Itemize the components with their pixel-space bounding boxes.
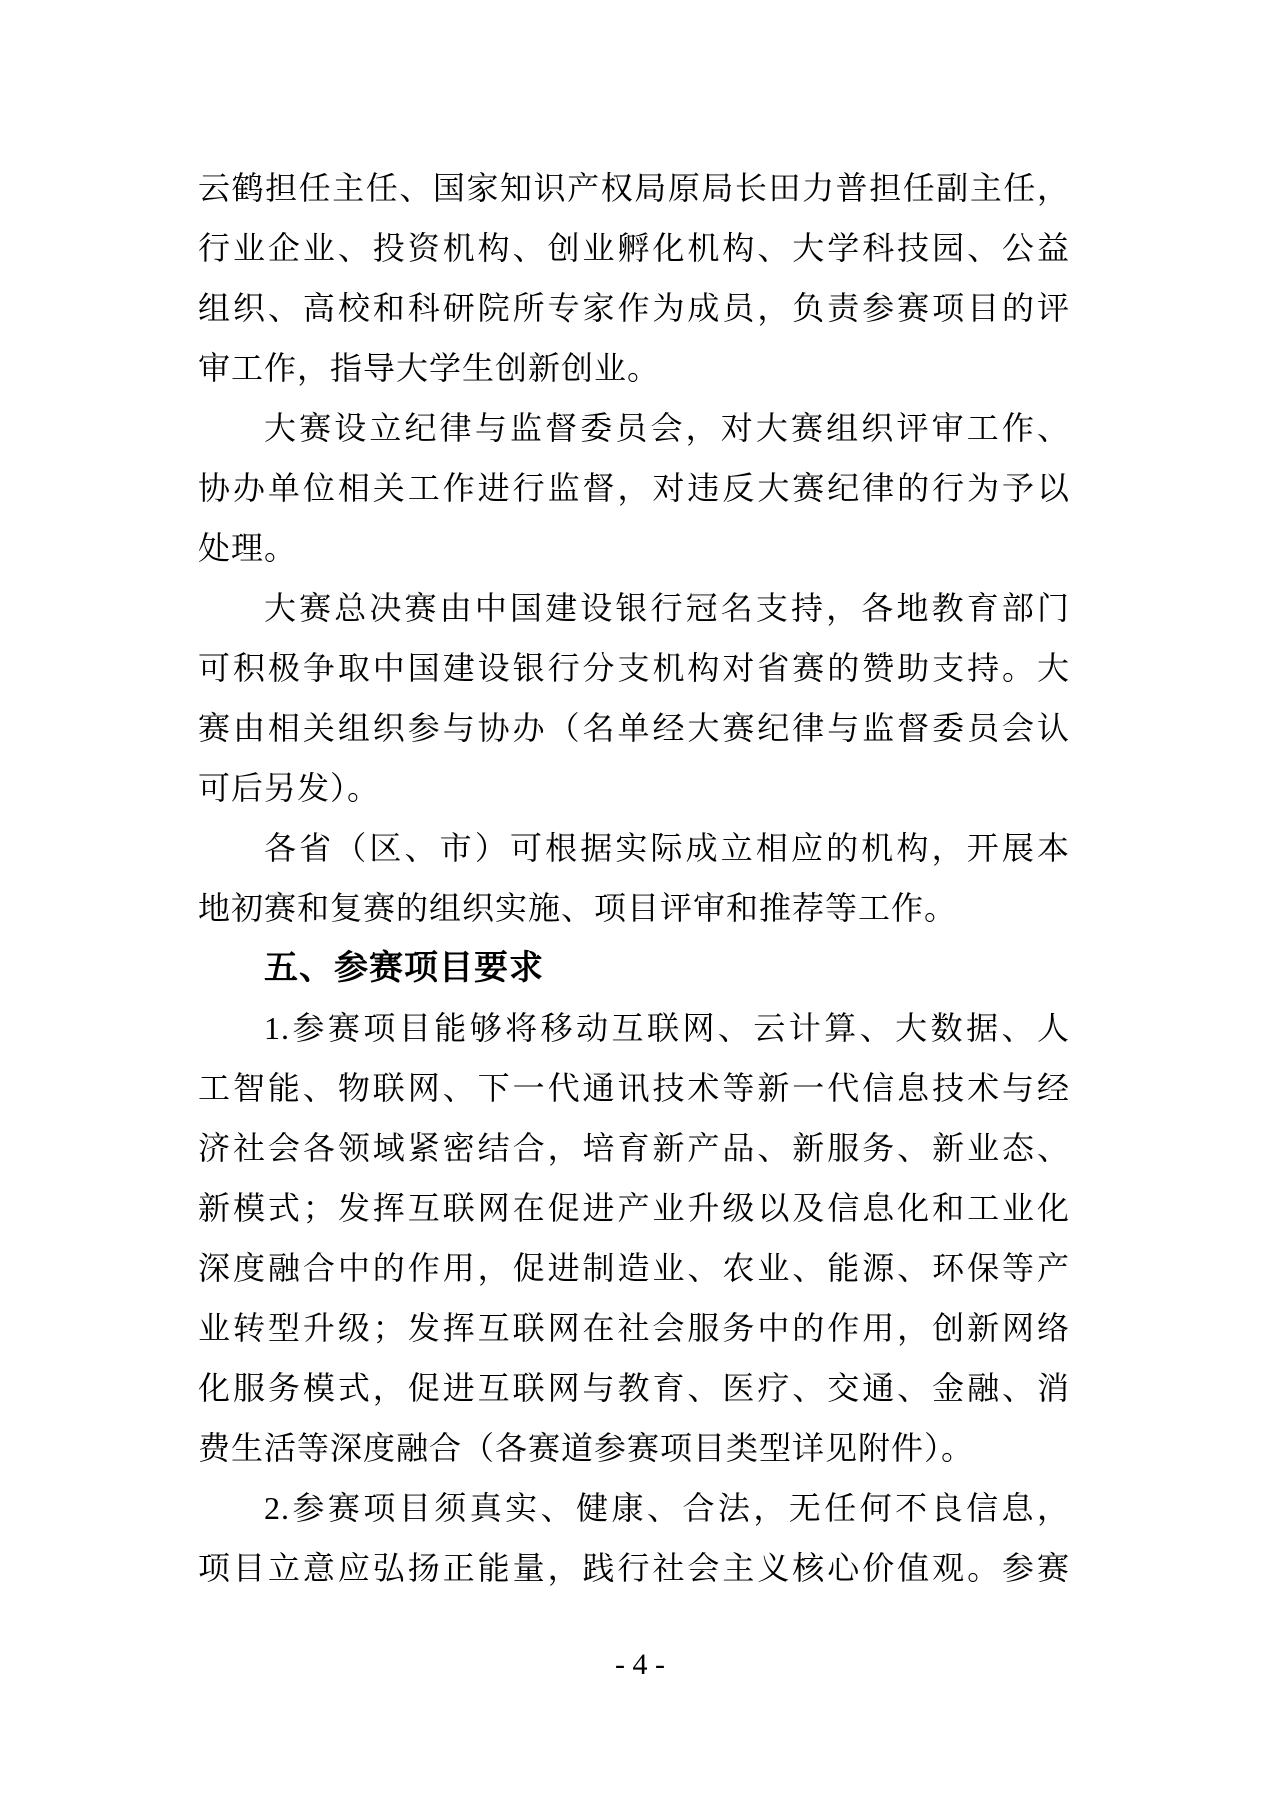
text-line: 审工作，指导大学生创新创业。 xyxy=(198,338,1070,398)
text-line: 1.参赛项目能够将移动互联网、云计算、大数据、人 xyxy=(198,998,1070,1058)
text-line: 大赛总决赛由中国建设银行冠名支持，各地教育部门 xyxy=(198,578,1070,638)
text-line: 工智能、物联网、下一代通讯技术等新一代信息技术与经 xyxy=(198,1058,1070,1118)
text-line: 可后另发）。 xyxy=(198,758,1070,818)
text-line: 各省（区、市）可根据实际成立相应的机构，开展本 xyxy=(198,818,1070,878)
text-line: 大赛设立纪律与监督委员会，对大赛组织评审工作、 xyxy=(198,398,1070,458)
text-line: 深度融合中的作用，促进制造业、农业、能源、环保等产 xyxy=(198,1238,1070,1298)
text-line: 组织、高校和科研院所专家作为成员，负责参赛项目的评 xyxy=(198,278,1070,338)
document-page: 云鹤担任主任、国家知识产权局原局长田力普担任副主任， 行业企业、投资机构、创业孵… xyxy=(0,0,1280,1810)
text-line: 新模式；发挥互联网在促进产业升级以及信息化和工业化 xyxy=(198,1178,1070,1238)
text-line: 可积极争取中国建设银行分支机构对省赛的赞助支持。大 xyxy=(198,638,1070,698)
text-line: 费生活等深度融合（各赛道参赛项目类型详见附件）。 xyxy=(198,1418,1070,1478)
page-number: - 4 - xyxy=(0,1648,1280,1682)
text-line: 行业企业、投资机构、创业孵化机构、大学科技园、公益 xyxy=(198,218,1070,278)
section-heading: 五、参赛项目要求 xyxy=(198,938,1070,998)
text-block: 云鹤担任主任、国家知识产权局原局长田力普担任副主任， 行业企业、投资机构、创业孵… xyxy=(198,158,1070,1598)
text-line: 项目立意应弘扬正能量，践行社会主义核心价值观。参赛 xyxy=(198,1538,1070,1598)
text-line: 济社会各领域紧密结合，培育新产品、新服务、新业态、 xyxy=(198,1118,1070,1178)
text-line: 赛由相关组织参与协办（名单经大赛纪律与监督委员会认 xyxy=(198,698,1070,758)
text-line: 业转型升级；发挥互联网在社会服务中的作用，创新网络 xyxy=(198,1298,1070,1358)
text-line: 协办单位相关工作进行监督，对违反大赛纪律的行为予以 xyxy=(198,458,1070,518)
text-line: 2.参赛项目须真实、健康、合法，无任何不良信息， xyxy=(198,1478,1070,1538)
text-line: 地初赛和复赛的组织实施、项目评审和推荐等工作。 xyxy=(198,878,1070,938)
text-line: 化服务模式，促进互联网与教育、医疗、交通、金融、消 xyxy=(198,1358,1070,1418)
text-line: 云鹤担任主任、国家知识产权局原局长田力普担任副主任， xyxy=(198,158,1070,218)
text-line: 处理。 xyxy=(198,518,1070,578)
